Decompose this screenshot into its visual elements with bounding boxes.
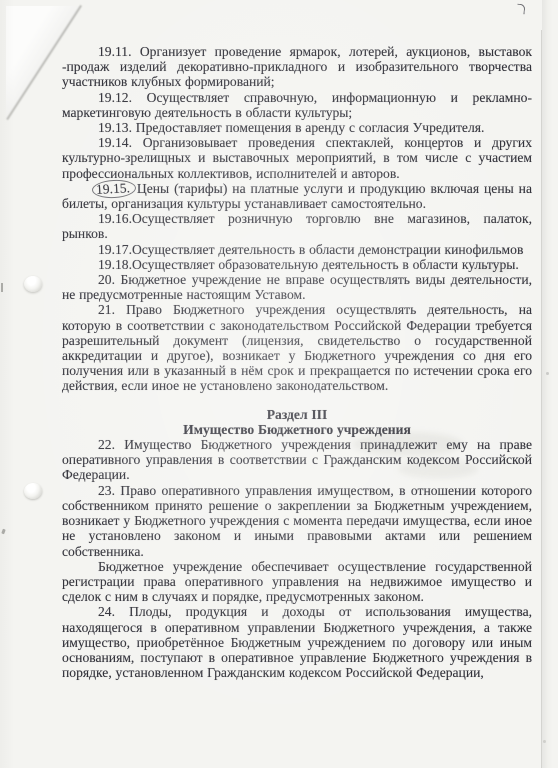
- paragraph: 22. Имущество Бюджетного учреждения прин…: [62, 437, 532, 483]
- scanned-page: 19.11. Организует проведение ярмарок, ло…: [0, 0, 558, 768]
- paragraph: 20. Бюджетное учреждение не вправе осуще…: [62, 272, 532, 302]
- page-edge-shadow: [542, 0, 553, 768]
- scan-speck: [1, 283, 3, 292]
- paragraph: 19.18.Осуществляет образовательную деяте…: [62, 257, 532, 272]
- hole-punch-mark: [24, 276, 42, 292]
- paragraph: Бюджетное учреждение обеспечивает осущес…: [62, 559, 532, 605]
- paragraph: 23. Право оперативного управления имущес…: [62, 483, 532, 559]
- paragraph: 19.15. Цены (тарифы) на платные услуги и…: [62, 181, 532, 211]
- paragraph: 24. Плоды, продукция и доходы от использ…: [62, 604, 532, 680]
- paragraph: 19.13. Предоставляет помещения в аренду …: [62, 120, 532, 135]
- section-heading: Имущество Бюджетного учреждения: [62, 422, 532, 437]
- paragraph: 21. Право Бюджетного учреждения осуществ…: [62, 302, 532, 393]
- scan-speck: [546, 372, 549, 375]
- document-text-column: 19.11. Организует проведение ярмарок, ло…: [62, 44, 532, 680]
- paragraph: 19.17.Осуществляет деятельность в област…: [62, 242, 532, 257]
- scan-speck: [543, 740, 546, 743]
- hole-punch-mark: [23, 482, 43, 500]
- paragraph: 19.14. Организовывает проведения спектак…: [62, 135, 532, 181]
- scan-speck: [1, 529, 6, 535]
- pen-circle-annotation: 19.15.: [92, 179, 137, 199]
- paragraph: 19.11. Организует проведение ярмарок, ло…: [62, 44, 532, 90]
- paragraph: 19.12. Осуществляет справочную, информац…: [62, 90, 532, 120]
- page-edge-line: [541, 30, 542, 768]
- section-heading: Раздел III: [62, 407, 532, 422]
- paragraph: 19.16.Осуществляет розничную торговлю вн…: [62, 211, 532, 241]
- pen-tick-mark: [516, 4, 525, 15]
